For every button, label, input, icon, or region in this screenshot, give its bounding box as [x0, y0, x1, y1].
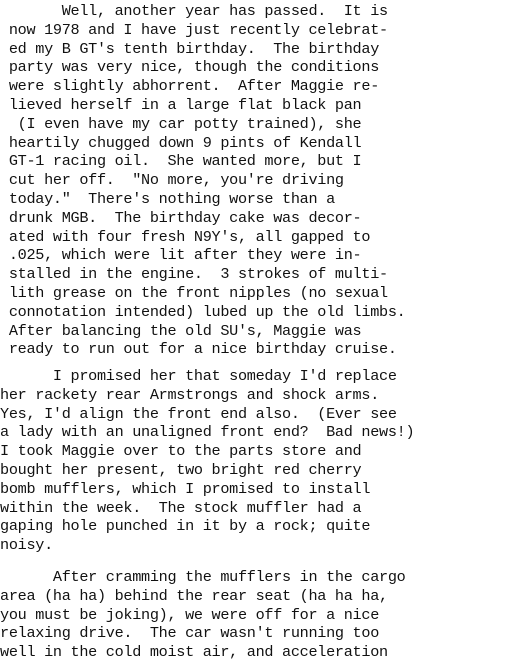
text-line: .025, which were lit after they were in- — [0, 246, 520, 265]
text-line: lith grease on the front nipples (no sex… — [0, 284, 520, 303]
paragraph-birthday: Well, another year has passed. It is now… — [0, 2, 520, 359]
paragraph-drive: After cramming the mufflers in the cargo… — [0, 568, 520, 662]
text-line: lieved herself in a large flat black pan — [0, 96, 520, 115]
text-line: noisy. — [0, 536, 520, 555]
text-line: bomb mufflers, which I promised to insta… — [0, 480, 520, 499]
text-line: I took Maggie over to the parts store an… — [0, 442, 520, 461]
text-line: area (ha ha) behind the rear seat (ha ha… — [0, 587, 520, 606]
text-line: bought her present, two bright red cherr… — [0, 461, 520, 480]
text-line: ready to run out for a nice birthday cru… — [0, 340, 520, 359]
text-line: were slightly abhorrent. After Maggie re… — [0, 77, 520, 96]
text-line: heartily chugged down 9 pints of Kendall — [0, 134, 520, 153]
text-line: her rackety rear Armstrongs and shock ar… — [0, 386, 520, 405]
text-line: cut her off. "No more, you're driving — [0, 171, 520, 190]
text-line: I promised her that someday I'd replace — [0, 367, 520, 386]
text-line: After cramming the mufflers in the cargo — [0, 568, 520, 587]
typewritten-page: Well, another year has passed. It is now… — [0, 0, 520, 665]
text-line: After balancing the old SU's, Maggie was — [0, 322, 520, 341]
text-line: ed my B GT's tenth birthday. The birthda… — [0, 40, 520, 59]
text-line: today." There's nothing worse than a — [0, 190, 520, 209]
text-line: connotation intended) lubed up the old l… — [0, 303, 520, 322]
text-line: party was very nice, though the conditio… — [0, 58, 520, 77]
text-line: drunk MGB. The birthday cake was decor- — [0, 209, 520, 228]
text-line: you must be joking), we were off for a n… — [0, 606, 520, 625]
text-line: ated with four fresh N9Y's, all gapped t… — [0, 228, 520, 247]
text-line: a lady with an unaligned front end? Bad … — [0, 423, 520, 442]
text-line: stalled in the engine. 3 strokes of mult… — [0, 265, 520, 284]
text-line: Well, another year has passed. It is — [0, 2, 520, 21]
paragraph-promise: I promised her that someday I'd replaceh… — [0, 367, 520, 555]
text-line: (I even have my car potty trained), she — [0, 115, 520, 134]
text-line: GT-1 racing oil. She wanted more, but I — [0, 152, 520, 171]
text-line: well in the cold moist air, and accelera… — [0, 643, 520, 662]
text-line: relaxing drive. The car wasn't running t… — [0, 624, 520, 643]
text-line: Yes, I'd align the front end also. (Ever… — [0, 405, 520, 424]
text-line: gaping hole punched in it by a rock; qui… — [0, 517, 520, 536]
text-line: now 1978 and I have just recently celebr… — [0, 21, 520, 40]
text-line: within the week. The stock muffler had a — [0, 499, 520, 518]
